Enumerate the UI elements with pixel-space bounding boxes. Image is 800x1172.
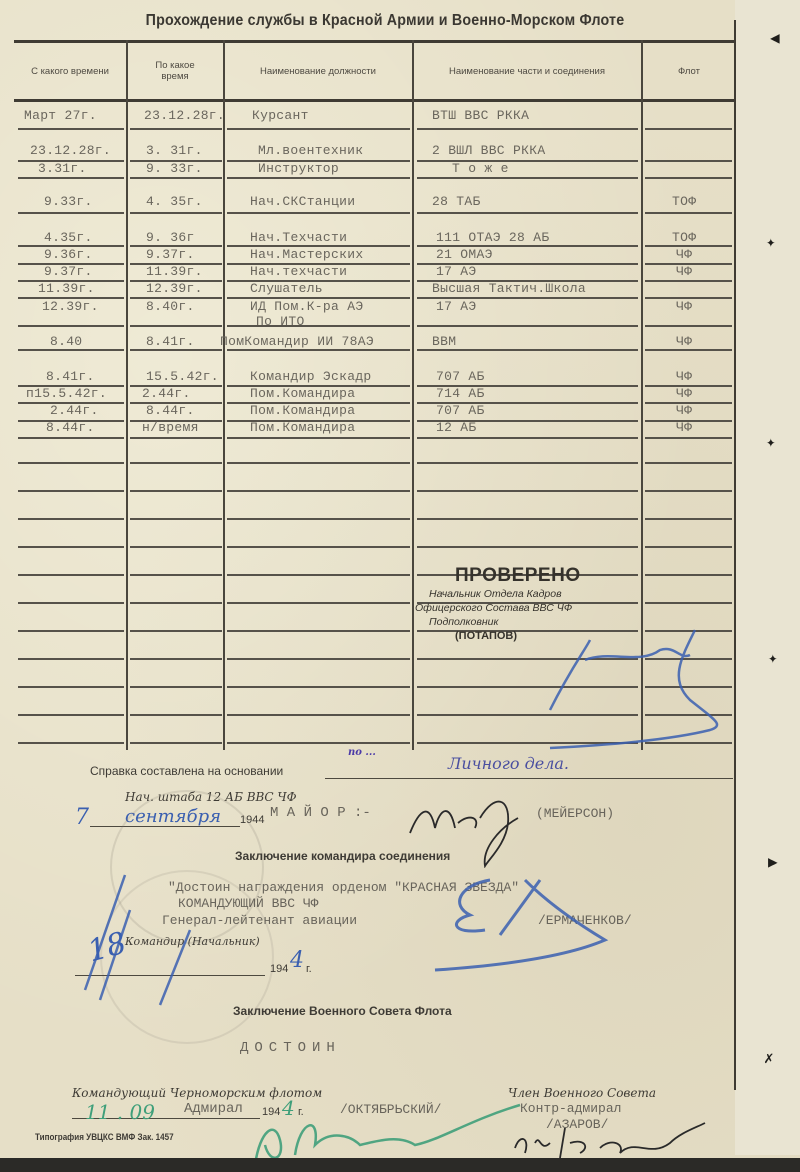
stamp-title: ПРОВЕРЕНО — [455, 565, 625, 587]
row-divider — [645, 686, 732, 688]
cell-position-line2: По ИТО — [256, 314, 305, 329]
row-divider — [645, 518, 732, 520]
cell-position: Нач.СКСтанции — [250, 194, 355, 209]
row-divider — [18, 714, 124, 716]
row-divider — [227, 128, 410, 130]
pin-hole-icon: ◀ — [770, 28, 780, 48]
pin-hole-icon: ✦ — [766, 232, 776, 252]
row-divider — [227, 602, 410, 604]
basis-stamp-note: по ... — [348, 747, 376, 758]
pin-hole-icon: ✗ — [764, 1048, 774, 1068]
fleet-commander-name: /ОКТЯБРЬСКИЙ/ — [340, 1102, 441, 1117]
cell-unit: 707 АБ — [436, 369, 485, 384]
cell-from: п15.5.42г. — [26, 386, 107, 401]
printer-imprint: Типография УВЦКС ВМФ Зак. 1457 — [35, 1132, 174, 1143]
row-divider — [130, 128, 222, 130]
row-divider — [417, 546, 638, 548]
commander-label: Командир (Начальник) — [125, 935, 260, 948]
cell-position: Нач.Техчасти — [250, 230, 347, 245]
cell-from: 11.39г. — [38, 281, 95, 296]
commander-rank: Генерал-лейтенант авиации — [162, 913, 357, 928]
commander-year-suffix: г. — [306, 963, 312, 975]
cell-to: 15.5.42г. — [146, 369, 219, 384]
row-divider — [645, 349, 732, 351]
chief-date-day: 7 — [75, 805, 89, 830]
service-record-table: С какого времени По какое время Наименов… — [14, 40, 736, 750]
cell-position: Пом.Командира — [250, 403, 355, 418]
cell-position: Слушатель — [250, 281, 323, 296]
row-divider — [417, 160, 638, 162]
council-member-name: /АЗАРОВ/ — [546, 1117, 608, 1132]
row-divider — [417, 128, 638, 130]
row-divider — [130, 325, 222, 327]
cell-to: 23.12.28г. — [144, 108, 225, 123]
row-divider — [18, 602, 124, 604]
cell-unit: 707 АБ — [436, 403, 485, 418]
row-divider — [227, 437, 410, 439]
cell-to: н/время — [142, 420, 199, 435]
row-divider — [18, 574, 124, 576]
cell-position: Курсант — [252, 108, 309, 123]
row-divider — [227, 658, 410, 660]
pin-hole-icon: ✦ — [766, 432, 776, 452]
cell-to: 9. 33г. — [146, 161, 203, 176]
cell-from: 4.35г. — [44, 230, 93, 245]
row-divider — [130, 714, 222, 716]
cell-unit: ВТШ ВВС РККА — [432, 108, 529, 123]
chief-name: (МЕЙЕРСОН) — [536, 806, 614, 821]
row-divider — [645, 742, 732, 744]
cell-from: 2.44г. — [50, 403, 99, 418]
row-divider — [645, 177, 732, 179]
row-divider — [227, 325, 410, 327]
fleet-year: 194 — [262, 1106, 280, 1118]
cell-fleet: ЧФ — [676, 247, 692, 262]
cell-fleet: ЧФ — [676, 334, 692, 349]
cell-position: Нач.Мастерских — [250, 247, 363, 262]
row-divider — [417, 437, 638, 439]
commander-date-underline — [75, 975, 265, 976]
row-divider — [130, 686, 222, 688]
cell-to: 3. 31г. — [146, 143, 203, 158]
cell-to: 2.44г. — [142, 386, 191, 401]
row-divider — [645, 462, 732, 464]
cell-from: 9.33г. — [44, 194, 93, 209]
row-divider — [18, 212, 124, 214]
row-divider — [130, 658, 222, 660]
row-divider — [227, 177, 410, 179]
row-divider — [130, 212, 222, 214]
cell-position: Мл.воентехник — [258, 143, 363, 158]
column-header-to: По какое время — [127, 43, 223, 99]
row-divider — [645, 280, 732, 282]
row-divider — [227, 518, 410, 520]
cell-from: 9.37г. — [44, 264, 93, 279]
row-divider — [645, 574, 732, 576]
commander-year-digit: 4 — [290, 948, 304, 973]
basis-underline — [325, 778, 733, 779]
row-divider — [130, 630, 222, 632]
cell-to: 9. 36г — [146, 230, 195, 245]
row-divider — [645, 212, 732, 214]
row-divider — [417, 212, 638, 214]
cell-fleet: ЧФ — [676, 264, 692, 279]
cell-to: 8.44г. — [146, 403, 195, 418]
row-divider — [18, 349, 124, 351]
cell-position: ИД Пом.К-ра АЭ — [250, 299, 363, 314]
cell-unit: ВВМ — [432, 334, 456, 349]
row-divider — [130, 490, 222, 492]
row-divider — [227, 686, 410, 688]
row-divider — [227, 546, 410, 548]
row-divider — [18, 686, 124, 688]
cell-position: Командир Эскадр — [250, 369, 372, 384]
stamp-line: Начальник Отдела Кадров — [429, 587, 625, 601]
row-divider — [130, 437, 222, 439]
row-divider — [130, 177, 222, 179]
column-divider — [641, 40, 643, 750]
row-divider — [645, 546, 732, 548]
cell-from: 3.31г. — [38, 161, 87, 176]
cell-unit: 12 АБ — [436, 420, 477, 435]
row-divider — [18, 490, 124, 492]
cell-unit: 111 ОТАЭ 28 АБ — [436, 230, 549, 245]
row-divider — [417, 518, 638, 520]
row-divider — [645, 490, 732, 492]
cell-fleet: ЧФ — [676, 299, 692, 314]
commander-conclusion-heading: Заключение командира соединения — [235, 849, 450, 863]
cell-from: Март 27г. — [24, 108, 97, 123]
column-header-unit: Наименование части и соединения — [413, 43, 641, 99]
stamp-line: Подполковник — [429, 615, 625, 629]
cell-fleet: ЧФ — [676, 386, 692, 401]
page-title: Прохождение службы в Красной Армии и Вое… — [31, 12, 739, 30]
row-divider — [18, 742, 124, 744]
row-divider — [645, 160, 732, 162]
row-divider — [227, 574, 410, 576]
row-divider — [18, 177, 124, 179]
table-header-border — [14, 99, 736, 102]
row-divider — [18, 437, 124, 439]
cell-from: 8.44г. — [46, 420, 95, 435]
column-divider — [412, 40, 414, 750]
row-divider — [227, 212, 410, 214]
row-divider — [417, 490, 638, 492]
cell-unit: 17 АЭ — [436, 264, 477, 279]
row-divider — [645, 658, 732, 660]
cell-position: Инструктор — [258, 161, 339, 176]
row-divider — [130, 546, 222, 548]
column-divider — [223, 40, 225, 750]
cell-unit: 28 ТАБ — [432, 194, 481, 209]
cell-position: Нач.техчасти — [250, 264, 347, 279]
row-divider — [227, 490, 410, 492]
cell-unit: 21 ОМАЭ — [436, 247, 493, 262]
commander-position: КОМАНДУЮЩИЙ ВВС ЧФ — [178, 896, 318, 911]
row-divider — [417, 686, 638, 688]
cell-unit: Высшая Тактич.Школа — [432, 281, 586, 296]
council-member-label: Член Военного Совета — [508, 1086, 656, 1100]
row-divider — [130, 574, 222, 576]
cell-from: 9.36г. — [44, 247, 93, 262]
row-divider — [417, 349, 638, 351]
row-divider — [18, 128, 124, 130]
cell-unit: Т о ж е — [452, 161, 509, 176]
cell-fleet: ЧФ — [676, 369, 692, 384]
column-divider — [126, 40, 128, 750]
cell-position: ПомКомандир ИИ 78АЭ — [220, 334, 374, 349]
stamp-line: Офицерского Состава ВВС ЧФ — [415, 601, 625, 615]
column-header-from: С какого времени — [14, 43, 126, 99]
fleet-year-suffix: г. — [298, 1106, 304, 1118]
stamp-line: (ПОТАПОВ) — [455, 629, 625, 643]
pin-hole-icon: ▶ — [768, 852, 778, 872]
verification-stamp: ПРОВЕРЕНО Начальник Отдела Кадров Офицер… — [415, 565, 625, 643]
row-divider — [417, 325, 638, 327]
row-divider — [417, 658, 638, 660]
cell-position: Пом.Командира — [250, 386, 355, 401]
commander-conclusion-text: "Достоин награждения орденом "КРАСНАЯ ЗВ… — [168, 880, 519, 895]
pin-hole-icon: ✦ — [768, 648, 778, 668]
row-divider — [130, 742, 222, 744]
row-divider — [227, 462, 410, 464]
cell-to: 12.39г. — [146, 281, 203, 296]
cell-to: 11.39г. — [146, 264, 203, 279]
chief-rank: М А Й О Р :- — [270, 805, 371, 821]
row-divider — [227, 349, 410, 351]
basis-label: Справка составлена на основании — [90, 764, 283, 778]
row-divider — [227, 742, 410, 744]
row-divider — [645, 630, 732, 632]
row-divider — [417, 742, 638, 744]
council-member-rank: Контр-адмирал — [520, 1101, 621, 1116]
fleet-commander-rank: Адмирал — [184, 1101, 243, 1117]
row-divider — [645, 437, 732, 439]
row-divider — [130, 462, 222, 464]
cell-position: Пом.Командира — [250, 420, 355, 435]
fleet-year-digit: 4 — [282, 1096, 295, 1120]
row-divider — [645, 325, 732, 327]
scan-bottom-edge — [0, 1158, 800, 1172]
council-conclusion-heading: Заключение Военного Совета Флота — [233, 1004, 452, 1018]
row-divider — [130, 602, 222, 604]
basis-value: Личного дела. — [448, 754, 569, 773]
row-divider — [18, 325, 124, 327]
row-divider — [417, 714, 638, 716]
row-divider — [18, 630, 124, 632]
row-divider — [645, 714, 732, 716]
cell-unit: 2 ВШЛ ВВС РККА — [432, 143, 545, 158]
row-divider — [18, 546, 124, 548]
row-divider — [645, 602, 732, 604]
cell-unit: 17 АЭ — [436, 299, 477, 314]
cell-fleet: ТОФ — [672, 194, 696, 209]
page-margin — [735, 0, 800, 1155]
cell-from: 8.41г. — [46, 369, 95, 384]
cell-from: 8.40 — [50, 334, 82, 349]
column-header-position: Наименование должности — [224, 43, 412, 99]
cell-to: 8.40г. — [146, 299, 195, 314]
row-divider — [18, 658, 124, 660]
cell-fleet: ЧФ — [676, 403, 692, 418]
row-divider — [18, 462, 124, 464]
cell-unit: 714 АБ — [436, 386, 485, 401]
commander-name: /ЕРМАЧЕНКОВ/ — [538, 913, 632, 928]
council-verdict: ДОСТОИН — [240, 1040, 341, 1056]
row-divider — [18, 518, 124, 520]
cell-from: 23.12.28г. — [30, 143, 111, 158]
row-divider — [227, 714, 410, 716]
cell-to: 8.41г. — [146, 334, 195, 349]
cell-fleet: ЧФ — [676, 420, 692, 435]
commander-year: 194 — [270, 963, 288, 975]
row-divider — [227, 630, 410, 632]
cell-to: 9.37г. — [146, 247, 195, 262]
cell-to: 4. 35г. — [146, 194, 203, 209]
row-divider — [417, 462, 638, 464]
fleet-date: 11 . 09 — [85, 1100, 155, 1124]
column-header-fleet: Флот — [642, 43, 736, 99]
row-divider — [645, 128, 732, 130]
cell-fleet: ТОФ — [672, 230, 696, 245]
row-divider — [417, 177, 638, 179]
row-divider — [130, 349, 222, 351]
cell-from: 12.39г. — [42, 299, 99, 314]
row-divider — [130, 518, 222, 520]
